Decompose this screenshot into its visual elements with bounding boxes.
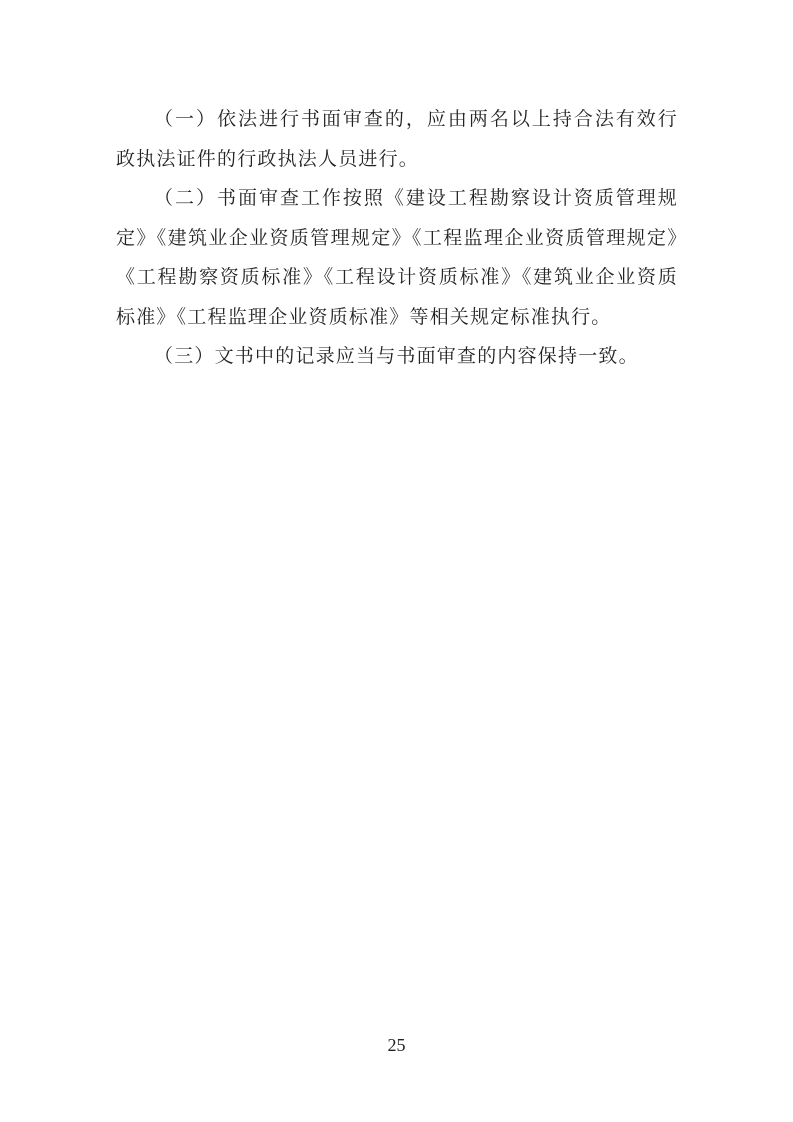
body-text: （一）依法进行书面审查的，应由两名以上持合法有效行政执法证件的行政执法人员进行。… [116, 100, 678, 377]
paragraph-2: （二）书面审查工作按照《建设工程勘察设计资质管理规定》《建筑业企业资质管理规定》… [116, 179, 678, 337]
document-page: （一）依法进行书面审查的，应由两名以上持合法有效行政执法证件的行政执法人员进行。… [0, 0, 793, 1122]
paragraph-1: （一）依法进行书面审查的，应由两名以上持合法有效行政执法证件的行政执法人员进行。 [116, 100, 678, 179]
page-number: 25 [0, 1035, 793, 1056]
paragraph-3: （三）文书中的记录应当与书面审查的内容保持一致。 [116, 337, 678, 377]
